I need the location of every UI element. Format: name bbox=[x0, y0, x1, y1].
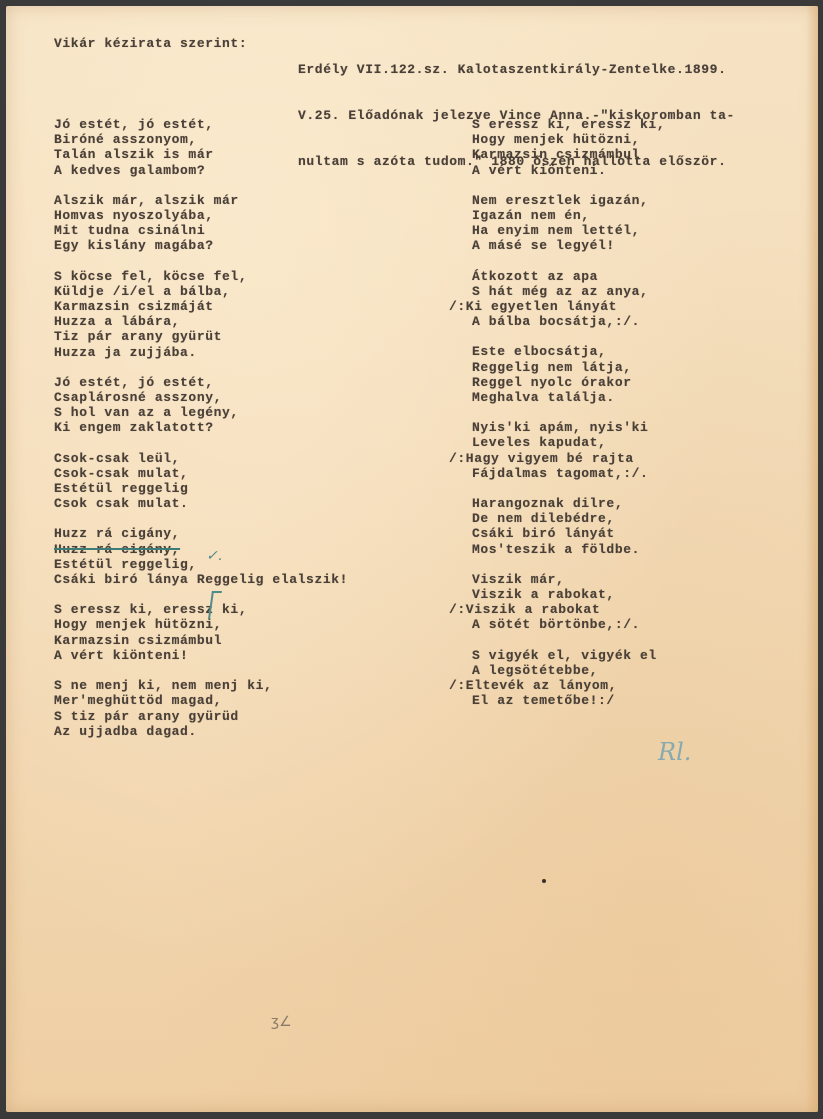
reference-line: Erdély VII.122.sz. Kalotaszentkirály-Zen… bbox=[298, 62, 735, 77]
verse-line: Karmazsin csizmámbul bbox=[472, 147, 665, 162]
verse-line: Csok-csak mulat, bbox=[54, 466, 348, 481]
verse-line: /:Hagy vigyem bé rajta bbox=[449, 451, 665, 466]
verse-line: Mer'meghüttöd magad, bbox=[54, 693, 348, 708]
document-page: Vikár kézirata szerint: Erdély VII.122.s… bbox=[6, 6, 818, 1112]
verse-line: Küldje /i/el a bálba, bbox=[54, 284, 348, 299]
verse-line: Ki engem zaklatott? bbox=[54, 420, 348, 435]
verse-line: El az temetőbe!:/ bbox=[472, 693, 665, 708]
handwritten-initials: Rl. bbox=[658, 738, 691, 766]
verse-line: Talán alszik is már bbox=[54, 147, 348, 162]
verse-line: S hol van az a legény, bbox=[54, 405, 348, 420]
verse-line: Meghalva találja. bbox=[472, 390, 665, 405]
verse-line: Hogy menjek hütözni, bbox=[54, 617, 348, 632]
verse-line: Karmazsin csizmáját bbox=[54, 299, 348, 314]
verse-line: Huzz rá cigány, bbox=[54, 542, 348, 557]
verse-line: Huzza ja zujjába. bbox=[54, 345, 348, 360]
verse-line: Huzz rá cigány, bbox=[54, 526, 348, 541]
verse-line: Jó estét, jó estét, bbox=[54, 375, 348, 390]
stanza: S vigyék el, vigyék elA legsötétebbe,/:E… bbox=[472, 648, 665, 709]
source-label: Vikár kézirata szerint: bbox=[54, 36, 247, 51]
stanza: Nem eresztlek igazán,Igazán nem én,Ha en… bbox=[472, 193, 665, 254]
stanza: Átkozott az apaS hát még az az anya,/:Ki… bbox=[472, 269, 665, 330]
verse-line: Csáki biró lányát bbox=[472, 526, 665, 541]
verse-line: A legsötétebbe, bbox=[472, 663, 665, 678]
verse-line: S vigyék el, vigyék el bbox=[472, 648, 665, 663]
verse-line: Homvas nyoszolyába, bbox=[54, 208, 348, 223]
verse-line: Huzza a lábára, bbox=[54, 314, 348, 329]
verse-line: Biróné asszonyom, bbox=[54, 132, 348, 147]
verse-line: A bálba bocsátja,:/. bbox=[472, 314, 665, 329]
verse-line: Viszik már, bbox=[472, 572, 665, 587]
stanza: Este elbocsátja,Reggelig nem látja,Regge… bbox=[472, 344, 665, 405]
verse-line: Reggel nyolc órakor bbox=[472, 375, 665, 390]
verse-line: S eressz ki, eressz ki, bbox=[54, 602, 348, 617]
verse-line: Alszik már, alszik már bbox=[54, 193, 348, 208]
verse-line: /:Viszik a rabokat bbox=[449, 602, 665, 617]
verse-line: Harangoznak dilre, bbox=[472, 496, 665, 511]
verse-line: Este elbocsátja, bbox=[472, 344, 665, 359]
verse-line: Tiz pár arany gyürüt bbox=[54, 329, 348, 344]
verse-line: Igazán nem én, bbox=[472, 208, 665, 223]
verse-line: /:Eltevék az lányom, bbox=[449, 678, 665, 693]
verse-line: Átkozott az apa bbox=[472, 269, 665, 284]
verse-line: Nyis'ki apám, nyis'ki bbox=[472, 420, 665, 435]
stanza: Csok-csak leül,Csok-csak mulat,Estétül r… bbox=[54, 451, 348, 512]
verse-line: S hát még az az anya, bbox=[472, 284, 665, 299]
verse-line: Egy kislány magába? bbox=[54, 238, 348, 253]
check-mark-annotation: ✓. bbox=[206, 548, 222, 564]
verse-line: De nem dilebédre, bbox=[472, 511, 665, 526]
verse-line: Csok csak mulat. bbox=[54, 496, 348, 511]
verse-line: Fájdalmas tagomat,:/. bbox=[472, 466, 665, 481]
stanza: Viszik már,Viszik a rabokat,/:Viszik a r… bbox=[472, 572, 665, 633]
verse-line: A másé se legyél! bbox=[472, 238, 665, 253]
stanza: S köcse fel, köcse fel,Küldje /i/el a bá… bbox=[54, 269, 348, 360]
verse-line: A vért kiönteni. bbox=[472, 163, 665, 178]
verse-line: Karmazsin csizmámbul bbox=[54, 633, 348, 648]
stanza: S eressz ki, eressz ki,Hogy menjek hütöz… bbox=[54, 602, 348, 663]
pencil-mark: ʒ∠ bbox=[271, 1014, 292, 1030]
stanza: S ne menj ki, nem menj ki,Mer'meghüttöd … bbox=[54, 678, 348, 739]
verse-line: S ne menj ki, nem menj ki, bbox=[54, 678, 348, 693]
verse-line: /:Ki egyetlen lányát bbox=[449, 299, 665, 314]
verse-line: Estétül reggelig bbox=[54, 481, 348, 496]
stanza: Alszik már, alszik márHomvas nyoszolyába… bbox=[54, 193, 348, 254]
verse-line: Jó estét, jó estét, bbox=[54, 117, 348, 132]
verse-line: Csok-csak leül, bbox=[54, 451, 348, 466]
verse-line: Nem eresztlek igazán, bbox=[472, 193, 665, 208]
stanza: Harangoznak dilre,De nem dilebédre,Csáki… bbox=[472, 496, 665, 557]
verse-line: Ha enyim nem lettél, bbox=[472, 223, 665, 238]
stanza: Nyis'ki apám, nyis'kiLeveles kapudat,/:H… bbox=[472, 420, 665, 481]
verse-line: Mos'teszik a földbe. bbox=[472, 542, 665, 557]
verse-line: Csaplárosné asszony, bbox=[54, 390, 348, 405]
verse-line: Az ujjadba dagad. bbox=[54, 724, 348, 739]
verse-line: Reggelig nem látja, bbox=[472, 360, 665, 375]
right-column: S eressz ki, eressz ki,Hogy menjek hütöz… bbox=[472, 117, 665, 724]
verse-line: Csáki biró lánya Reggelig elalszik! bbox=[54, 572, 348, 587]
verse-line: S köcse fel, köcse fel, bbox=[54, 269, 348, 284]
verse-line: S eressz ki, eressz ki, bbox=[472, 117, 665, 132]
verse-line: Viszik a rabokat, bbox=[472, 587, 665, 602]
verse-line: Estétül reggelig, bbox=[54, 557, 348, 572]
ink-dot bbox=[542, 879, 546, 883]
verse-line: Mit tudna csinálni bbox=[54, 223, 348, 238]
stanza: Jó estét, jó estét,Biróné asszonyom,Talá… bbox=[54, 117, 348, 178]
verse-line: A sötét börtönbe,:/. bbox=[472, 617, 665, 632]
stanza: S eressz ki, eressz ki,Hogy menjek hütöz… bbox=[472, 117, 665, 178]
verse-line: Hogy menjek hütözni, bbox=[472, 132, 665, 147]
left-column: Jó estét, jó estét,Biróné asszonyom,Talá… bbox=[54, 117, 348, 754]
verse-line: A vért kiönteni! bbox=[54, 648, 348, 663]
stanza: Jó estét, jó estét,Csaplárosné asszony,S… bbox=[54, 375, 348, 436]
verse-line: S tiz pár arany gyürüd bbox=[54, 709, 348, 724]
verse-line: Leveles kapudat, bbox=[472, 435, 665, 450]
verse-line: A kedves galambom? bbox=[54, 163, 348, 178]
stanza: Huzz rá cigány,Huzz rá cigány,Estétül re… bbox=[54, 526, 348, 587]
